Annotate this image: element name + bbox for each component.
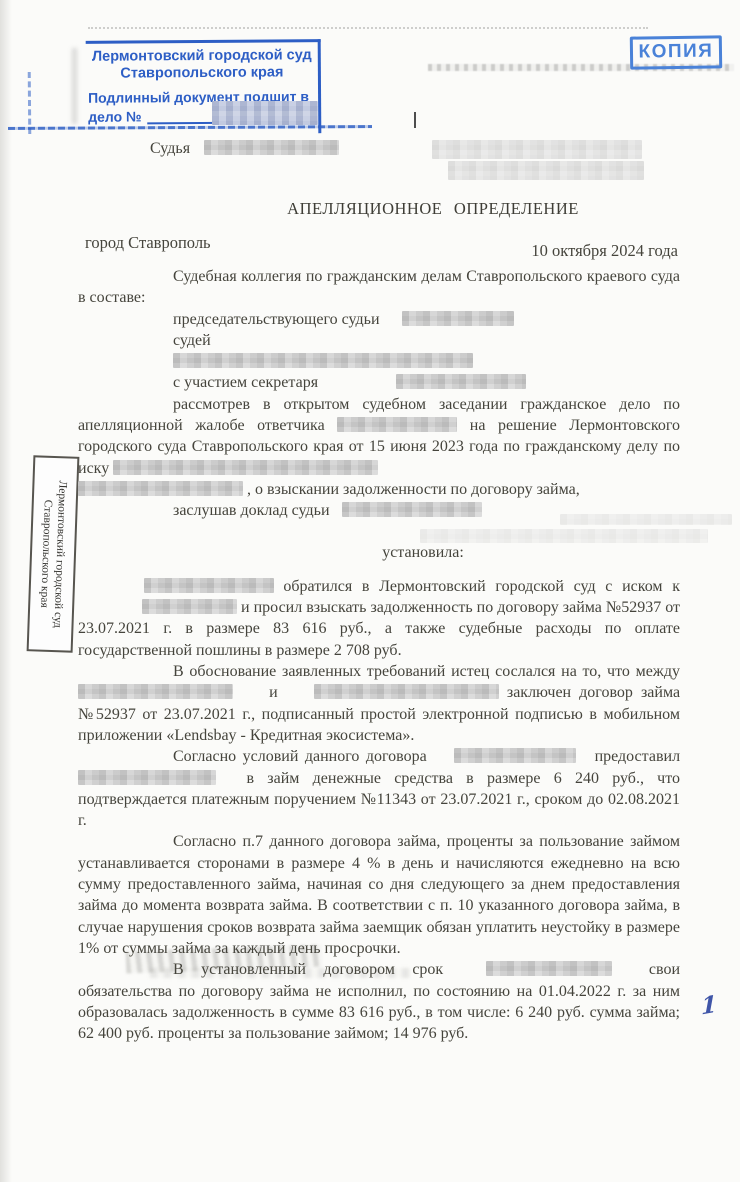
spacer bbox=[78, 590, 134, 591]
paragraph: установила: bbox=[78, 542, 680, 563]
paragraph: Согласно п.7 данного договора займа, про… bbox=[78, 831, 680, 959]
text-run: В установленный договором срок bbox=[173, 961, 443, 978]
text-run: В обоснование заявленных требований исте… bbox=[173, 663, 680, 680]
spacer bbox=[286, 696, 306, 697]
paragraph: , о взыскании задолженности по договору … bbox=[78, 479, 680, 500]
redaction-block bbox=[173, 353, 473, 368]
text-run: предоставил bbox=[595, 748, 680, 765]
paragraph: В обоснование заявленных требований исте… bbox=[78, 661, 680, 682]
filed-stamp-case-label: дело № bbox=[88, 108, 142, 124]
scan-tick-mark bbox=[414, 112, 416, 128]
date-label: 10 октября 2024 года bbox=[531, 241, 678, 261]
spacer bbox=[334, 514, 338, 515]
judge-label: Судья bbox=[150, 140, 190, 157]
handwritten-page-number: 1 bbox=[701, 990, 717, 1020]
redaction-block bbox=[342, 502, 482, 517]
spacer bbox=[322, 386, 392, 387]
place-label: город Ставрополь bbox=[85, 233, 211, 261]
redaction-block bbox=[486, 961, 612, 976]
text-run: Судебная коллегия по гражданским делам С… bbox=[78, 268, 680, 306]
text-run: Согласно условий данного договора bbox=[173, 748, 427, 765]
place-date-row: город Ставрополь 10 октября 2024 года bbox=[85, 233, 678, 261]
redaction-block bbox=[78, 481, 243, 496]
redaction-block bbox=[402, 311, 514, 326]
paragraph: Судебная коллегия по гражданским делам С… bbox=[78, 266, 680, 309]
redaction-block bbox=[78, 684, 233, 699]
paragraph: рассмотрев в открытом судебном заседании… bbox=[78, 394, 680, 479]
redaction-block bbox=[113, 460, 378, 475]
redaction-block bbox=[144, 578, 274, 593]
paragraph: Согласно условий данного договора предос… bbox=[78, 746, 680, 767]
scan-dotted-line bbox=[88, 27, 648, 29]
redaction-block bbox=[337, 417, 457, 432]
text-run: с участием секретаря bbox=[173, 374, 318, 391]
spacer bbox=[433, 760, 447, 761]
text-run: Согласно п.7 данного договора займа, про… bbox=[78, 833, 680, 956]
spacer bbox=[629, 973, 631, 974]
scan-edge-shadow bbox=[0, 0, 12, 1182]
redaction-judge-name bbox=[204, 140, 339, 155]
spacer bbox=[78, 611, 138, 612]
redaction-header-right-2 bbox=[448, 161, 644, 180]
copy-stamp-label: КОПИЯ bbox=[638, 40, 713, 62]
redaction-block bbox=[314, 684, 499, 699]
filed-stamp-court-line1: Лермонтовский городской суд bbox=[86, 47, 318, 66]
document-flow: Судебная коллегия по гражданским делам С… bbox=[78, 266, 680, 1044]
copy-stamp: КОПИЯ bbox=[630, 35, 722, 69]
paragraph: обратился в Лермонтовский городской суд … bbox=[78, 576, 680, 597]
redaction-block bbox=[454, 748, 576, 763]
paragraph: заслушав доклад судьи bbox=[78, 500, 680, 521]
spacer bbox=[215, 344, 383, 345]
paragraph: и заключен договор займа №52937 от 23.07… bbox=[78, 682, 680, 746]
redaction-block bbox=[142, 599, 237, 614]
paragraph: в займ денежные средства в размере 6 240… bbox=[78, 768, 680, 832]
spacer bbox=[384, 323, 398, 324]
filed-stamp-left-border bbox=[28, 72, 32, 134]
redaction-block bbox=[78, 770, 216, 785]
spacer bbox=[241, 696, 261, 697]
paragraph: и просил взыскать задолженность по догов… bbox=[78, 597, 680, 661]
text-run: председательствующего судьи bbox=[173, 311, 380, 328]
text-run: , о взыскании задолженности по договору … bbox=[247, 481, 580, 498]
text-run: и bbox=[269, 684, 278, 701]
paragraph: с участием секретаря bbox=[78, 372, 680, 393]
spacer bbox=[582, 760, 588, 761]
side-court-stamp: Лермонтовский городской суд Ставропольск… bbox=[27, 455, 80, 652]
text-run: обратился в Лермонтовский городской суд … bbox=[283, 578, 680, 595]
text-run: заслушав доклад судьи bbox=[173, 502, 330, 519]
paragraph: судей bbox=[78, 330, 680, 373]
document-title: АПЕЛЛЯЦИОННОЕ ОПРЕДЕЛЕНИЕ bbox=[78, 199, 680, 219]
spacer bbox=[229, 782, 233, 783]
spacer bbox=[461, 973, 469, 974]
paragraph: В установленный договором срок свои обяз… bbox=[78, 959, 680, 1044]
scan-streak bbox=[72, 48, 77, 124]
text-run: судей bbox=[173, 332, 211, 349]
judge-row: Судья bbox=[150, 140, 339, 158]
filed-stamp-court-line2: Ставропольского края bbox=[86, 64, 318, 83]
text-run: установила: bbox=[382, 544, 464, 561]
paragraph: председательствующего судьи bbox=[78, 309, 680, 330]
redaction-block bbox=[396, 374, 526, 389]
redaction-case-number bbox=[212, 101, 318, 125]
scanned-page: Лермонтовский городской суд Ставропольск… bbox=[0, 0, 740, 1182]
redaction-header-right-1 bbox=[432, 140, 642, 159]
